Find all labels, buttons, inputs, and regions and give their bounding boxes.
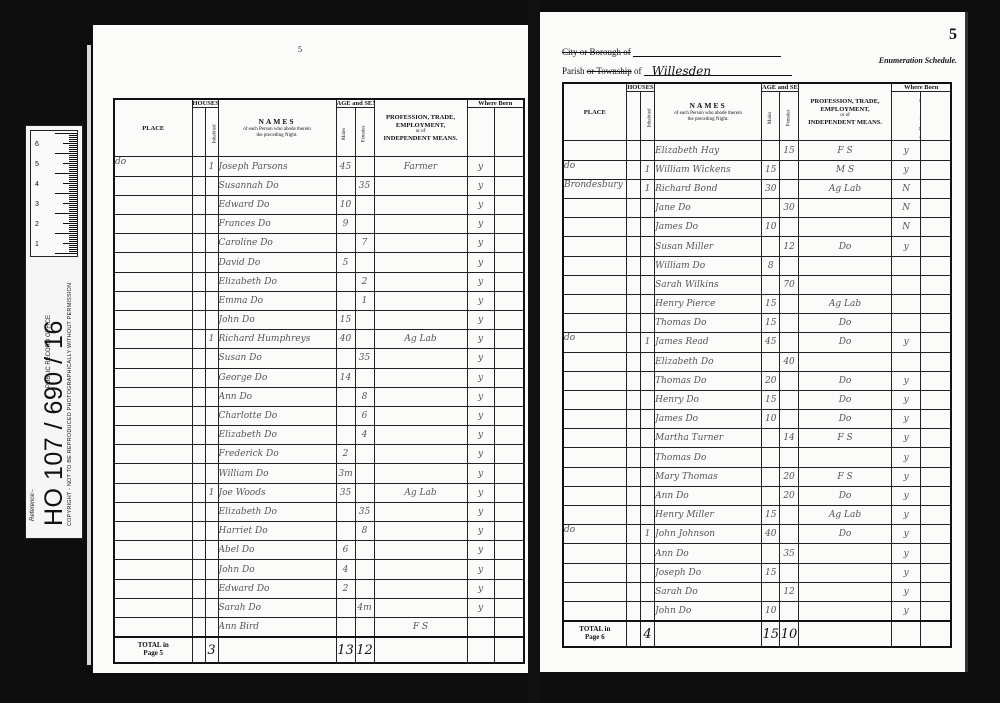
inhabited-cell xyxy=(640,218,654,237)
name-cell: Ann Do xyxy=(655,486,762,505)
uninhabited-cell xyxy=(626,390,640,409)
total-label: TOTAL inPage 5 xyxy=(114,637,192,663)
page-number: 5 xyxy=(949,26,957,44)
born-elsewhere-cell xyxy=(920,563,951,582)
born-county-cell xyxy=(892,352,921,371)
female-age-cell xyxy=(780,314,798,333)
uninhabited-cell xyxy=(192,368,205,387)
female-age-cell xyxy=(780,563,798,582)
census-row: George Do14y xyxy=(114,368,524,387)
inhabited-cell xyxy=(205,310,218,329)
uninhabited-cell xyxy=(626,582,640,601)
place-cell xyxy=(114,579,192,598)
male-age-cell xyxy=(762,275,780,294)
inhabited-cell: 1 xyxy=(205,483,218,502)
born-county-cell: N xyxy=(892,179,921,198)
place-cell xyxy=(114,176,192,195)
uninhabited-cell xyxy=(192,215,205,234)
profession-cell xyxy=(374,176,467,195)
born-elsewhere-cell xyxy=(494,310,524,329)
census-row: Frederick Do2y xyxy=(114,445,524,464)
right-page: 5 Enumeration Schedule. City or Borough … xyxy=(540,12,968,672)
profession-cell xyxy=(374,426,467,445)
female-age-cell: 8 xyxy=(355,387,374,406)
uninhabited-cell xyxy=(192,234,205,253)
profession-cell: Ag Lab xyxy=(798,506,892,525)
born-elsewhere-cell xyxy=(494,560,524,579)
born-elsewhere-cell xyxy=(920,467,951,486)
census-row: John Do4y xyxy=(114,560,524,579)
inhabited-cell xyxy=(640,467,654,486)
inhabited-cell xyxy=(640,237,654,256)
born-county-cell xyxy=(892,314,921,333)
place-cell xyxy=(563,256,626,275)
profession-cell xyxy=(374,598,467,617)
male-age-cell: 40 xyxy=(762,525,780,544)
name-cell: Edward Do xyxy=(218,195,336,214)
female-age-cell xyxy=(780,160,798,179)
place-cell xyxy=(114,598,192,617)
male-age-cell xyxy=(762,141,780,160)
profession-cell: F S xyxy=(798,429,892,448)
inhabited-cell xyxy=(205,617,218,637)
born-county-cell: y xyxy=(467,560,494,579)
female-age-cell xyxy=(355,195,374,214)
female-age-cell xyxy=(355,541,374,560)
place-cell xyxy=(114,272,192,291)
female-age-cell: 35 xyxy=(355,176,374,195)
born-elsewhere-cell xyxy=(920,314,951,333)
born-county-cell: y xyxy=(892,467,921,486)
born-elsewhere-cell xyxy=(920,218,951,237)
name-cell: John Johnson xyxy=(655,525,762,544)
census-row: James Do10Doy xyxy=(563,410,951,429)
header-place: PLACE xyxy=(114,99,192,157)
profession-cell: Farmer xyxy=(374,157,467,176)
male-age-cell xyxy=(336,272,355,291)
female-age-cell: 7 xyxy=(355,234,374,253)
female-age-cell xyxy=(780,256,798,275)
header-profession: PROFESSION, TRADE, EMPLOYMENT, or of IND… xyxy=(374,99,467,157)
born-elsewhere-cell xyxy=(920,506,951,525)
born-elsewhere-cell xyxy=(494,234,524,253)
female-age-cell xyxy=(355,579,374,598)
census-row: Harriet Do8y xyxy=(114,522,524,541)
born-elsewhere-cell xyxy=(494,272,524,291)
uninhabited-cell xyxy=(192,598,205,617)
place-cell xyxy=(114,617,192,637)
place-cell xyxy=(563,390,626,409)
place-cell xyxy=(114,368,192,387)
header-born-same-county: Whether Born in same County xyxy=(467,108,494,157)
born-county-cell: y xyxy=(467,330,494,349)
profession-cell: Ag Lab xyxy=(798,294,892,313)
parish-field: Willesden xyxy=(644,64,792,76)
born-elsewhere-cell xyxy=(494,617,524,637)
place-cell xyxy=(563,506,626,525)
left-page: 5 PLACE HOUSES NAMES of each Person who … xyxy=(93,25,536,673)
place-cell: do xyxy=(114,157,192,176)
male-age-cell: 15 xyxy=(762,563,780,582)
uninhabited-cell xyxy=(626,294,640,313)
born-county-cell xyxy=(892,275,921,294)
uninhabited-cell xyxy=(626,199,640,218)
census-row: James Do10N xyxy=(563,218,951,237)
name-cell: Abel Do xyxy=(218,541,336,560)
uninhabited-cell xyxy=(626,352,640,371)
born-elsewhere-cell xyxy=(494,330,524,349)
place-cell xyxy=(114,445,192,464)
census-row: Ann Do8y xyxy=(114,387,524,406)
inhabited-cell xyxy=(205,522,218,541)
female-age-cell xyxy=(780,448,798,467)
census-row: Sarah Do4my xyxy=(114,598,524,617)
female-age-cell xyxy=(780,410,798,429)
inhabited-cell xyxy=(640,256,654,275)
name-cell: Jane Do xyxy=(655,199,762,218)
census-row: John Do15y xyxy=(114,310,524,329)
born-elsewhere-cell xyxy=(920,275,951,294)
name-cell: James Do xyxy=(655,410,762,429)
male-age-cell: 3m xyxy=(336,464,355,483)
uninhabited-cell xyxy=(192,176,205,195)
name-cell: Richard Bond xyxy=(655,179,762,198)
uninhabited-cell xyxy=(626,525,640,544)
female-age-cell: 4 xyxy=(355,426,374,445)
inhabited-cell xyxy=(205,464,218,483)
born-county-cell: y xyxy=(467,426,494,445)
inhabited-cell: 1 xyxy=(205,330,218,349)
inhabited-cell xyxy=(205,176,218,195)
name-cell: William Do xyxy=(218,464,336,483)
name-cell: James Read xyxy=(655,333,762,352)
male-age-cell: 14 xyxy=(336,368,355,387)
inhabited-cell xyxy=(205,445,218,464)
place-cell xyxy=(563,371,626,390)
total-row: TOTAL inPage 6 4 15 10 xyxy=(563,621,951,647)
born-elsewhere-cell xyxy=(494,157,524,176)
uninhabited-cell xyxy=(626,601,640,621)
uninhabited-cell xyxy=(192,195,205,214)
born-elsewhere-cell xyxy=(920,448,951,467)
place-cell xyxy=(114,464,192,483)
profession-cell xyxy=(374,560,467,579)
inhabited-cell xyxy=(640,294,654,313)
born-county-cell: y xyxy=(467,234,494,253)
born-elsewhere-cell xyxy=(494,579,524,598)
uninhabited-cell xyxy=(192,330,205,349)
born-county-cell: y xyxy=(892,601,921,621)
census-row: Ann Do35y xyxy=(563,544,951,563)
place-cell xyxy=(114,541,192,560)
place-cell xyxy=(563,601,626,621)
male-age-cell: 10 xyxy=(762,410,780,429)
male-age-cell: 10 xyxy=(336,195,355,214)
census-row: David Do5y xyxy=(114,253,524,272)
born-county-cell: y xyxy=(892,448,921,467)
born-county-cell: y xyxy=(892,410,921,429)
census-row: Edward Do10y xyxy=(114,195,524,214)
name-cell: Susan Miller xyxy=(655,237,762,256)
place-cell xyxy=(563,582,626,601)
name-cell: Joseph Do xyxy=(655,563,762,582)
male-age-cell xyxy=(762,544,780,563)
place-cell xyxy=(563,410,626,429)
male-age-cell: 4 xyxy=(336,560,355,579)
inhabited-cell xyxy=(640,410,654,429)
uninhabited-cell xyxy=(626,448,640,467)
inhabited-cell: 1 xyxy=(640,179,654,198)
male-age-cell: 30 xyxy=(762,179,780,198)
total-males: 13 xyxy=(336,637,355,663)
census-row: Thomas Do15Do xyxy=(563,314,951,333)
header-born-elsewhere: Whether Born in Scotland, Ireland, or Fo… xyxy=(920,92,951,141)
place-cell xyxy=(114,387,192,406)
census-row: do1Joseph Parsons45Farmery xyxy=(114,157,524,176)
born-county-cell: y xyxy=(892,544,921,563)
name-cell: Ann Bird xyxy=(218,617,336,637)
inhabited-cell xyxy=(205,215,218,234)
census-row: Elizabeth Do35y xyxy=(114,502,524,521)
male-age-cell xyxy=(336,522,355,541)
born-county-cell: y xyxy=(892,160,921,179)
name-cell: John Do xyxy=(218,560,336,579)
born-elsewhere-cell xyxy=(494,215,524,234)
uninhabited-cell xyxy=(626,371,640,390)
born-county-cell: y xyxy=(892,525,921,544)
female-age-cell xyxy=(780,506,798,525)
place-cell xyxy=(563,314,626,333)
uninhabited-cell xyxy=(192,349,205,368)
census-row: Mary Thomas20F Sy xyxy=(563,467,951,486)
profession-cell xyxy=(374,368,467,387)
female-age-cell xyxy=(780,525,798,544)
uninhabited-cell xyxy=(192,272,205,291)
female-age-cell xyxy=(780,390,798,409)
male-age-cell: 5 xyxy=(336,253,355,272)
inhabited-cell xyxy=(205,502,218,521)
female-age-cell xyxy=(355,330,374,349)
uninhabited-cell xyxy=(626,333,640,352)
name-cell: James Do xyxy=(655,218,762,237)
total-males: 15 xyxy=(762,621,780,647)
male-age-cell: 20 xyxy=(762,371,780,390)
header-where-born: Where Born xyxy=(467,99,524,108)
born-elsewhere-cell xyxy=(920,237,951,256)
name-cell: Sarah Do xyxy=(218,598,336,617)
place-cell xyxy=(114,310,192,329)
name-cell: Elizabeth Do xyxy=(655,352,762,371)
born-elsewhere-cell xyxy=(494,368,524,387)
place-cell xyxy=(114,253,192,272)
profession-cell xyxy=(374,579,467,598)
born-elsewhere-cell xyxy=(920,525,951,544)
inhabited-cell xyxy=(640,506,654,525)
female-age-cell: 20 xyxy=(780,467,798,486)
name-cell: Elizabeth Do xyxy=(218,272,336,291)
profession-cell xyxy=(374,541,467,560)
place-cell xyxy=(114,349,192,368)
inhabited-cell xyxy=(205,387,218,406)
ruler-number: 1 xyxy=(35,241,39,248)
born-elsewhere-cell xyxy=(920,294,951,313)
uninhabited-cell xyxy=(626,467,640,486)
name-cell: Susannah Do xyxy=(218,176,336,195)
total-females: 10 xyxy=(780,621,798,647)
inhabited-cell xyxy=(640,352,654,371)
female-age-cell: 35 xyxy=(780,544,798,563)
born-elsewhere-cell xyxy=(920,429,951,448)
city-borough-line: City or Borough of xyxy=(562,45,781,57)
copyright-notice: COPYRIGHT - NOT TO BE REPRODUCED PHOTOGR… xyxy=(67,283,73,526)
place-cell xyxy=(563,237,626,256)
born-county-cell: y xyxy=(892,563,921,582)
profession-cell xyxy=(798,582,892,601)
header-age-sex: AGE and SEX xyxy=(336,99,374,108)
male-age-cell: 15 xyxy=(762,390,780,409)
male-age-cell xyxy=(336,502,355,521)
place-cell xyxy=(563,544,626,563)
header-houses: HOUSES xyxy=(626,83,655,92)
uninhabited-cell xyxy=(626,218,640,237)
female-age-cell xyxy=(780,601,798,621)
inhabited-cell xyxy=(205,406,218,425)
profession-cell xyxy=(374,215,467,234)
uninhabited-cell xyxy=(192,522,205,541)
place-cell xyxy=(563,199,626,218)
inhabited-cell: 1 xyxy=(640,333,654,352)
born-county-cell: y xyxy=(467,502,494,521)
inhabited-cell xyxy=(205,234,218,253)
inhabited-cell xyxy=(640,582,654,601)
header-females: Females xyxy=(780,92,798,141)
born-county-cell: y xyxy=(467,195,494,214)
female-age-cell: 40 xyxy=(780,352,798,371)
place-cell xyxy=(563,429,626,448)
female-age-cell xyxy=(780,333,798,352)
born-county-cell: y xyxy=(892,333,921,352)
profession-cell xyxy=(374,502,467,521)
profession-cell: Do xyxy=(798,390,892,409)
male-age-cell: 45 xyxy=(336,157,355,176)
name-cell: Frances Do xyxy=(218,215,336,234)
profession-cell xyxy=(374,253,467,272)
header-born-elsewhere: Whether Born in Scotland, Ireland, or Fo… xyxy=(494,108,524,157)
name-cell: Emma Do xyxy=(218,291,336,310)
place-cell xyxy=(114,291,192,310)
born-county-cell: y xyxy=(467,406,494,425)
uninhabited-cell xyxy=(626,429,640,448)
name-cell: Mary Thomas xyxy=(655,467,762,486)
born-county-cell: N xyxy=(892,218,921,237)
inhabited-cell xyxy=(640,275,654,294)
male-age-cell: 35 xyxy=(336,483,355,502)
header-inhabited: Inhabited xyxy=(205,108,218,157)
born-elsewhere-cell xyxy=(494,464,524,483)
census-row: Thomas Do20Doy xyxy=(563,371,951,390)
inhabited-cell xyxy=(640,486,654,505)
total-houses: 3 xyxy=(205,637,218,663)
place-cell: Brondesbury xyxy=(563,179,626,198)
born-elsewhere-cell xyxy=(920,333,951,352)
name-cell: Thomas Do xyxy=(655,314,762,333)
female-age-cell: 70 xyxy=(780,275,798,294)
born-county-cell: y xyxy=(467,253,494,272)
uninhabited-cell xyxy=(192,617,205,637)
female-age-cell xyxy=(355,445,374,464)
born-county-cell: y xyxy=(892,141,921,160)
inhabited-cell xyxy=(205,253,218,272)
place-cell xyxy=(563,294,626,313)
born-elsewhere-cell xyxy=(494,541,524,560)
born-elsewhere-cell xyxy=(920,256,951,275)
header-inhabited: Inhabited xyxy=(640,92,654,141)
uninhabited-cell xyxy=(192,579,205,598)
inhabited-cell xyxy=(640,141,654,160)
uninhabited-cell xyxy=(626,256,640,275)
book-spine xyxy=(528,0,540,703)
header-where-born: Where Born xyxy=(892,83,951,92)
female-age-cell xyxy=(355,310,374,329)
profession-cell xyxy=(374,291,467,310)
uninhabited-cell xyxy=(626,486,640,505)
census-row: William Do3my xyxy=(114,464,524,483)
born-county-cell: y xyxy=(467,310,494,329)
uninhabited-cell xyxy=(192,157,205,176)
header-houses: HOUSES xyxy=(192,99,218,108)
born-county-cell: N xyxy=(892,199,921,218)
header-profession: PROFESSION, TRADE, EMPLOYMENT, or of IND… xyxy=(798,83,892,141)
header-place: PLACE xyxy=(563,83,626,141)
born-elsewhere-cell xyxy=(494,426,524,445)
male-age-cell xyxy=(762,467,780,486)
profession-cell xyxy=(374,464,467,483)
female-age-cell xyxy=(355,464,374,483)
female-age-cell: 35 xyxy=(355,349,374,368)
census-row: Elizabeth Do4y xyxy=(114,426,524,445)
ruler-number: 5 xyxy=(35,161,39,168)
inhabited-cell: 1 xyxy=(640,160,654,179)
place-cell xyxy=(563,486,626,505)
female-age-cell xyxy=(355,157,374,176)
header-males: Males xyxy=(762,92,780,141)
born-elsewhere-cell xyxy=(920,160,951,179)
female-age-cell: 6 xyxy=(355,406,374,425)
name-cell: Ann Do xyxy=(218,387,336,406)
inhabited-cell xyxy=(640,371,654,390)
born-county-cell: y xyxy=(467,464,494,483)
born-elsewhere-cell xyxy=(920,141,951,160)
profession-cell xyxy=(798,275,892,294)
ruler-number: 6 xyxy=(35,141,39,148)
profession-cell xyxy=(374,349,467,368)
profession-cell xyxy=(374,310,467,329)
name-cell: Thomas Do xyxy=(655,448,762,467)
place-cell: do xyxy=(563,160,626,179)
name-cell: John Do xyxy=(218,310,336,329)
header-born-same-county: Whether Born in same County xyxy=(892,92,921,141)
born-elsewhere-cell xyxy=(494,483,524,502)
archive-reference-strip: 123456 Reference:- HO 107 / 690 / 16 PUB… xyxy=(25,125,83,539)
born-county-cell xyxy=(892,294,921,313)
header-age-sex: AGE and SEX xyxy=(762,83,799,92)
uninhabited-cell xyxy=(192,253,205,272)
header-uninhabited: Uninhabited or Building xyxy=(626,92,640,141)
profession-cell xyxy=(798,352,892,371)
born-county-cell: y xyxy=(467,483,494,502)
place-cell xyxy=(114,560,192,579)
total-label: TOTAL inPage 6 xyxy=(563,621,626,647)
